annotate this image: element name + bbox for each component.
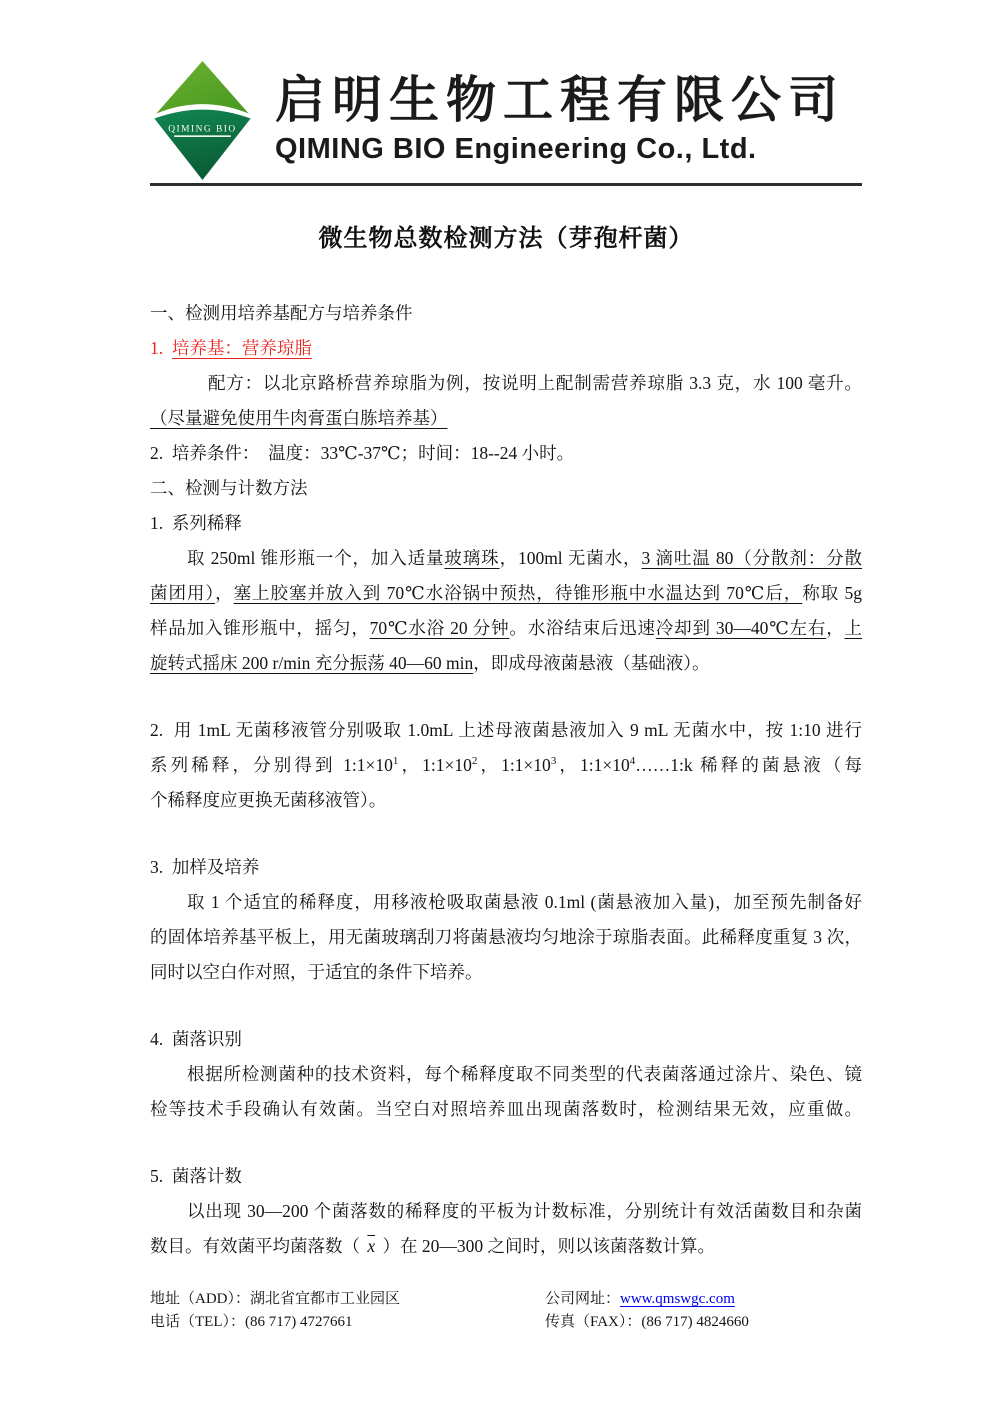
footer-website: 公司网址：www.qmswgc.com bbox=[545, 1288, 862, 1311]
text-run: ……1:k 稀释的菌悬液（每 bbox=[635, 755, 862, 775]
text-run: 2. 培养条件： 温度：33℃-37℃；时间：18--24 小时。 bbox=[150, 443, 574, 463]
text-run: 玻璃珠 bbox=[444, 548, 499, 568]
text-run: 。水浴结束后迅速 bbox=[509, 618, 655, 638]
text-run: 以出现 30—200 个菌落数的稀释度的平板为计数标准，分别统计有效活菌数目和杂… bbox=[187, 1201, 862, 1221]
body-line: 取 1 个适宜的稀释度，用移液枪吸取菌悬液 0.1ml (菌悬液加入量)，加至预… bbox=[150, 885, 862, 920]
text-run: 根据所检测菌种的技术资料，每个稀释度取不同类型的代表菌落通过涂片、染色、镜 bbox=[187, 1064, 862, 1084]
text-run: （尽量避免使用牛肉膏蛋白胨培养基） bbox=[150, 408, 448, 428]
avoid-note: （尽量避免使用牛肉膏蛋白胨培养基） bbox=[150, 401, 862, 436]
text-run: 取 1 个适宜的稀释度，用移液枪吸取菌悬液 0.1ml (菌悬液加入量)，加至预… bbox=[187, 892, 862, 912]
logo-underline bbox=[174, 135, 231, 137]
body-line: 数目。有效菌平均菌落数（ x ）在 20—300 之间时，则以该菌落数计算。 bbox=[150, 1229, 862, 1264]
text-run: 个稀释度应更换无菌移液管）。 bbox=[150, 790, 386, 810]
text-run: 2. 用 1mL 无菌移液管分别吸取 1.0mL 上述母液菌悬液加入 9 mL … bbox=[150, 720, 862, 740]
body-line: 以出现 30—200 个菌落数的稀释度的平板为计数标准，分别统计有效活菌数目和杂… bbox=[150, 1194, 862, 1229]
logo-top-facet bbox=[156, 61, 248, 114]
recipe-line: 配方：以北京路桥营养琼脂为例，按说明上配制需营养琼脂 3.3 克，水 100 毫… bbox=[150, 366, 862, 401]
text-run: 1. 系列稀释 bbox=[150, 513, 242, 533]
pipette-step: 2. 用 1mL 无菌移液管分别吸取 1.0mL 上述母液菌悬液加入 9 mL … bbox=[150, 713, 862, 748]
letterhead: QIMING BIO 启明生物工程有限公司 QIMING BIO Enginee… bbox=[150, 58, 862, 186]
text-run: 菌团用） bbox=[150, 583, 215, 603]
text-run: ， bbox=[826, 618, 844, 638]
footer-address: 地址（ADD）：湖北省宜都市工业园区 bbox=[150, 1288, 545, 1311]
company-name-cn: 启明生物工程有限公司 bbox=[275, 72, 845, 128]
body-line: 系列稀释，分别得到 1:1×101，1:1×102，1:1×103，1:1×10… bbox=[150, 748, 862, 783]
body-line: 菌团用），塞上胶塞并放入到 70℃水浴锅中预热，待锥形瓶中水温达到 70℃后，称… bbox=[150, 576, 862, 611]
body-line: 同时以空白作对照，于适宜的条件下培养。 bbox=[150, 955, 862, 990]
company-name-block: 启明生物工程有限公司 QIMING BIO Engineering Co., L… bbox=[275, 58, 845, 166]
plating-heading: 3. 加样及培养 bbox=[150, 850, 862, 885]
medium-item-heading: 1. 培养基：营养琼脂 bbox=[150, 331, 862, 366]
footer-tel: 电话（TEL）：(86 717) 4727661 bbox=[150, 1311, 545, 1334]
text-run: ，100ml 无菌水， bbox=[500, 548, 642, 568]
section-2-heading: 二、检测与计数方法 bbox=[150, 471, 862, 506]
text-run: ）在 20—300 之间时，则以该菌落数计算。 bbox=[378, 1236, 715, 1256]
body-line: 个稀释度应更换无菌移液管）。 bbox=[150, 783, 862, 818]
text-run: 公司网址： bbox=[545, 1291, 620, 1307]
text-run: 配方：以北京路桥营养琼脂为例，按说明上配制需营养琼脂 3.3 克，水 100 毫… bbox=[208, 373, 862, 393]
text-run: 的固体培养基平板上，用无菌玻璃刮刀将菌悬液均匀地涂于琼脂表面。此稀释度重复 3 … bbox=[150, 927, 862, 947]
text-run: 塞上胶塞并放入到 70℃水浴锅中预热，待锥形瓶中水温达到 70℃后， bbox=[234, 583, 803, 603]
text-run: 上 bbox=[845, 618, 863, 638]
text-run: ，1:1×10 bbox=[477, 755, 550, 775]
text-run: 数目。有效菌平均菌落数（ bbox=[150, 1236, 364, 1256]
text-run: ，即成母液菌悬液（基础液）。 bbox=[473, 653, 709, 673]
text-run: 培养基：营养琼脂 bbox=[172, 338, 312, 358]
footer: 地址（ADD）：湖北省宜都市工业园区 电话（TEL）：(86 717) 4727… bbox=[150, 1288, 862, 1334]
text-run: 3. 加样及培养 bbox=[150, 857, 259, 877]
body-line: 旋转式摇床 200 r/min 充分振荡 40—60 min，即成母液菌悬液（基… bbox=[150, 646, 862, 681]
section-1-heading: 一、检测用培养基配方与培养条件 bbox=[150, 296, 862, 331]
dilution-heading: 1. 系列稀释 bbox=[150, 506, 862, 541]
website-link[interactable]: www.qmswgc.com bbox=[620, 1291, 735, 1307]
body-line: 取 250ml 锥形瓶一个，加入适量玻璃珠，100ml 无菌水，3 滴吐温 80… bbox=[150, 541, 862, 576]
body-line: 根据所检测菌种的技术资料，每个稀释度取不同类型的代表菌落通过涂片、染色、镜 bbox=[150, 1057, 862, 1092]
text-run: ，1:1×10 bbox=[556, 755, 629, 775]
text-run: 称取 5g bbox=[802, 583, 862, 603]
logo-bottom-facet bbox=[154, 110, 250, 180]
text-run: 5. 菌落计数 bbox=[150, 1166, 242, 1186]
text-run: 冷却到 30—40℃左右 bbox=[656, 618, 826, 638]
text-run: 样品加入锥形瓶中，摇匀， bbox=[150, 618, 370, 638]
body-line: 样品加入锥形瓶中，摇匀，70℃水浴 20 分钟。水浴结束后迅速冷却到 30—40… bbox=[150, 611, 862, 646]
company-logo-icon: QIMING BIO bbox=[150, 58, 255, 182]
culture-condition: 2. 培养条件： 温度：33℃-37℃；时间：18--24 小时。 bbox=[150, 436, 862, 471]
text-run: 二、检测与计数方法 bbox=[150, 478, 308, 498]
text-run: x bbox=[364, 1236, 378, 1256]
document-page: QIMING BIO 启明生物工程有限公司 QIMING BIO Enginee… bbox=[0, 0, 1000, 1414]
text-run: ，1:1×10 bbox=[398, 755, 471, 775]
footer-left-column: 地址（ADD）：湖北省宜都市工业园区 电话（TEL）：(86 717) 4727… bbox=[150, 1288, 545, 1334]
text-run: 取 250ml 锥形瓶一个，加入适量 bbox=[187, 548, 444, 568]
footer-fax: 传真（FAX）：(86 717) 4824660 bbox=[545, 1311, 862, 1334]
colony-id-heading: 4. 菌落识别 bbox=[150, 1022, 862, 1057]
text-run: 系列稀释，分别得到 1:1×10 bbox=[150, 755, 393, 775]
body-line: 的固体培养基平板上，用无菌玻璃刮刀将菌悬液均匀地涂于琼脂表面。此稀释度重复 3 … bbox=[150, 920, 862, 955]
text-run: 同时以空白作对照，于适宜的条件下培养。 bbox=[150, 962, 483, 982]
text-run: ， bbox=[215, 583, 233, 603]
text-run: 3 滴吐温 80（分散剂：分散 bbox=[641, 548, 862, 568]
document-title: 微生物总数检测方法（芽孢杆菌） bbox=[150, 218, 862, 253]
footer-right-column: 公司网址：www.qmswgc.com 传真（FAX）：(86 717) 482… bbox=[545, 1288, 862, 1334]
logo-text: QIMING BIO bbox=[168, 124, 236, 134]
document-body: 一、检测用培养基配方与培养条件 1. 培养基：营养琼脂 配方：以北京路桥营养琼脂… bbox=[150, 296, 862, 1264]
body-line: 检等技术手段确认有效菌。当空白对照培养皿出现菌落数时，检测结果无效，应重做。 bbox=[150, 1092, 862, 1127]
text-run: 70℃水浴 20 分钟 bbox=[370, 618, 510, 638]
text-run: 检等技术手段确认有效菌。当空白对照培养皿出现菌落数时，检测结果无效，应重做。 bbox=[150, 1099, 862, 1119]
text-run: 旋转式摇床 200 r/min 充分振荡 40—60 min bbox=[150, 653, 473, 673]
colony-count-heading: 5. 菌落计数 bbox=[150, 1159, 862, 1194]
text-run: 4. 菌落识别 bbox=[150, 1029, 242, 1049]
company-name-en: QIMING BIO Engineering Co., Ltd. bbox=[275, 132, 845, 166]
text-run: 1. bbox=[150, 338, 172, 358]
text-run: 一、检测用培养基配方与培养条件 bbox=[150, 303, 413, 323]
